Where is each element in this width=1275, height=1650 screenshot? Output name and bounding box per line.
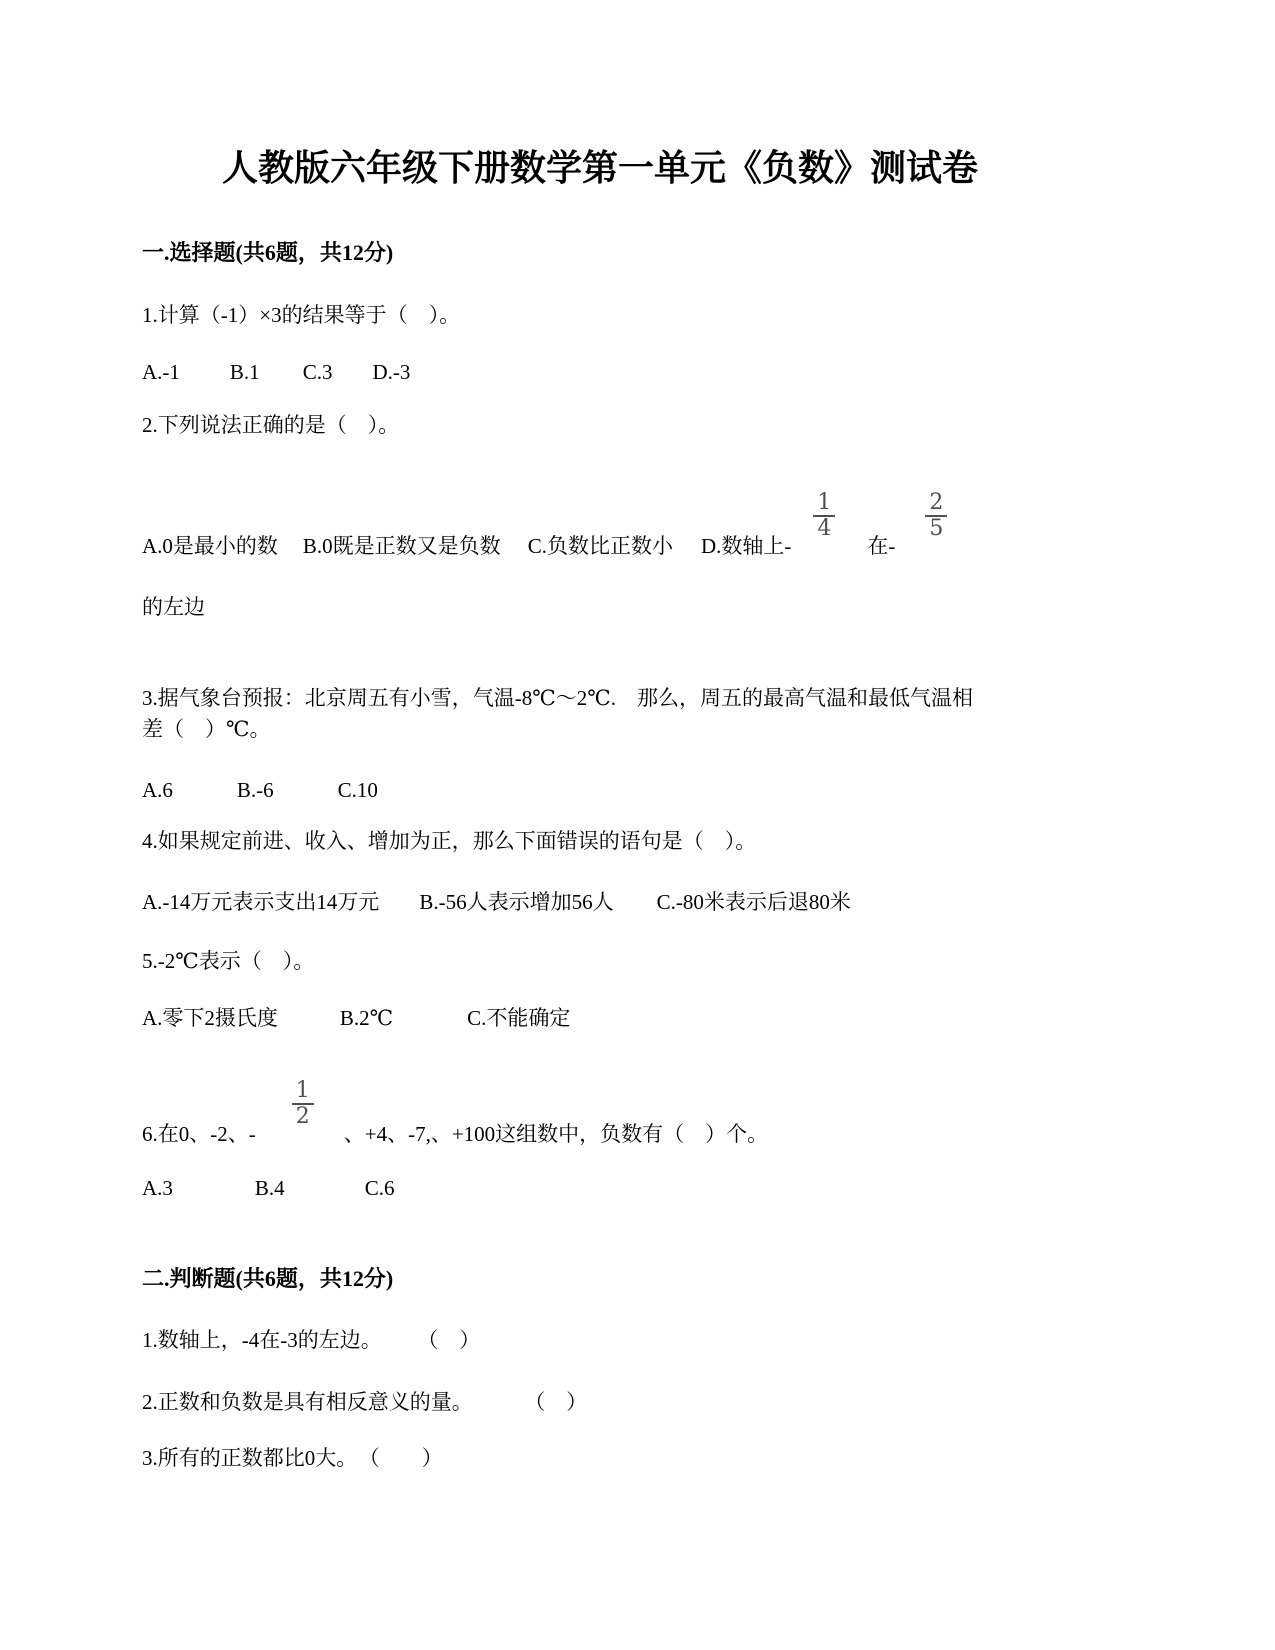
- q5-text: 5.-2℃表示（ ）。: [142, 946, 314, 977]
- fraction-one-half: 12: [292, 1080, 314, 1128]
- q1-option-b: B.1: [230, 360, 260, 384]
- judge1: 1.数轴上，-4在-3的左边。（ ）: [142, 1325, 480, 1356]
- judge3-text: 3.所有的正数都比0大。: [142, 1446, 357, 1470]
- judge1-text: 1.数轴上，-4在-3的左边。: [142, 1328, 382, 1352]
- judge3: 3.所有的正数都比0大。（ ）: [142, 1443, 443, 1474]
- test-paper-page: 人教版六年级下册数学第一单元《负数》测试卷 一.选择题(共6题，共12分) 1.…: [0, 0, 1275, 1650]
- q4-option-b: B.-56人表示增加56人: [419, 890, 613, 914]
- fraction-one-fourth: 14: [813, 492, 835, 540]
- q5-option-b: B.2℃: [340, 1006, 393, 1030]
- judge2-text: 2.正数和负数是具有相反意义的量。: [142, 1390, 473, 1414]
- q6-option-c: C.6: [365, 1176, 395, 1200]
- q3-text-line2: 差（ ）℃。: [142, 714, 271, 745]
- q4-option-c: C.-80米表示后退80米: [657, 890, 851, 914]
- fraction-denominator: 2: [292, 1105, 314, 1128]
- fraction-numerator: 1: [292, 1080, 314, 1105]
- q6-option-b: B.4: [255, 1176, 285, 1200]
- q2-option-c: C.负数比正数小: [528, 534, 673, 558]
- q2-option-b: B.0既是正数又是负数: [303, 534, 501, 558]
- section-one-heading: 一.选择题(共6题，共12分): [142, 237, 393, 269]
- q6-options: A.3B.4C.6: [142, 1173, 394, 1204]
- fraction-denominator: 4: [813, 517, 835, 540]
- q3-option-a: A.6: [142, 778, 173, 802]
- q2-option-d-tail: 的左边: [142, 592, 205, 623]
- judge3-answer-paren: （ ）: [369, 1446, 443, 1470]
- q3-text-line1: 3.据气象台预报：北京周五有小雪，气温-8℃～2℃. 那么，周五的最高气温和最低…: [142, 683, 973, 714]
- q1-options: A.-1B.1C.3D.-3: [142, 357, 410, 388]
- fraction-numerator: 1: [813, 492, 835, 517]
- q6-text-tail: 、+4、-7,、+100这组数中，负数有（ ）个。: [344, 1122, 768, 1146]
- fraction-numerator: 2: [925, 492, 947, 517]
- fraction-denominator: 5: [925, 517, 947, 540]
- judge2-answer-paren: （ ）: [535, 1390, 588, 1414]
- judge2: 2.正数和负数是具有相反意义的量。（ ）: [142, 1387, 587, 1418]
- q2-options: A.0是最小的数B.0既是正数又是负数C.负数比正数小D.数轴上-14在-25: [142, 510, 947, 562]
- q1-option-a: A.-1: [142, 360, 180, 384]
- q3-options: A.6B.-6C.10: [142, 775, 378, 806]
- q4-options: A.-14万元表示支出14万元B.-56人表示增加56人C.-80米表示后退80…: [142, 887, 851, 918]
- q2-text: 2.下列说法正确的是（ ）。: [142, 410, 399, 441]
- q2-option-d: D.数轴上-: [701, 534, 791, 558]
- section-two-heading: 二.判断题(共6题，共12分): [142, 1263, 393, 1295]
- q1-option-c: C.3: [303, 360, 333, 384]
- q5-option-c: C.不能确定: [467, 1006, 570, 1030]
- q4-option-a: A.-14万元表示支出14万元: [142, 890, 379, 914]
- q3-option-b: B.-6: [237, 778, 274, 802]
- page-title: 人教版六年级下册数学第一单元《负数》测试卷: [0, 145, 1200, 191]
- q5-options: A.零下2摄氏度B.2℃C.不能确定: [142, 1003, 570, 1034]
- q2-option-d-middle: 在-: [867, 534, 895, 558]
- judge1-answer-paren: （ ）: [428, 1328, 481, 1352]
- q4-text: 4.如果规定前进、收入、增加为正，那么下面错误的语句是（ ）。: [142, 826, 756, 857]
- q1-option-d: D.-3: [372, 360, 410, 384]
- fraction-two-fifths: 25: [925, 492, 947, 540]
- q6-option-a: A.3: [142, 1176, 173, 1200]
- q3-option-c: C.10: [338, 778, 378, 802]
- q6-text: 6.在0、-2、-12、+4、-7,、+100这组数中，负数有（ ）个。: [142, 1098, 768, 1150]
- q2-option-a: A.0是最小的数: [142, 534, 278, 558]
- q1-text: 1.计算（-1）×3的结果等于（ ）。: [142, 300, 460, 331]
- q6-text-lead: 6.在0、-2、-: [142, 1122, 256, 1146]
- q5-option-a: A.零下2摄氏度: [142, 1006, 278, 1030]
